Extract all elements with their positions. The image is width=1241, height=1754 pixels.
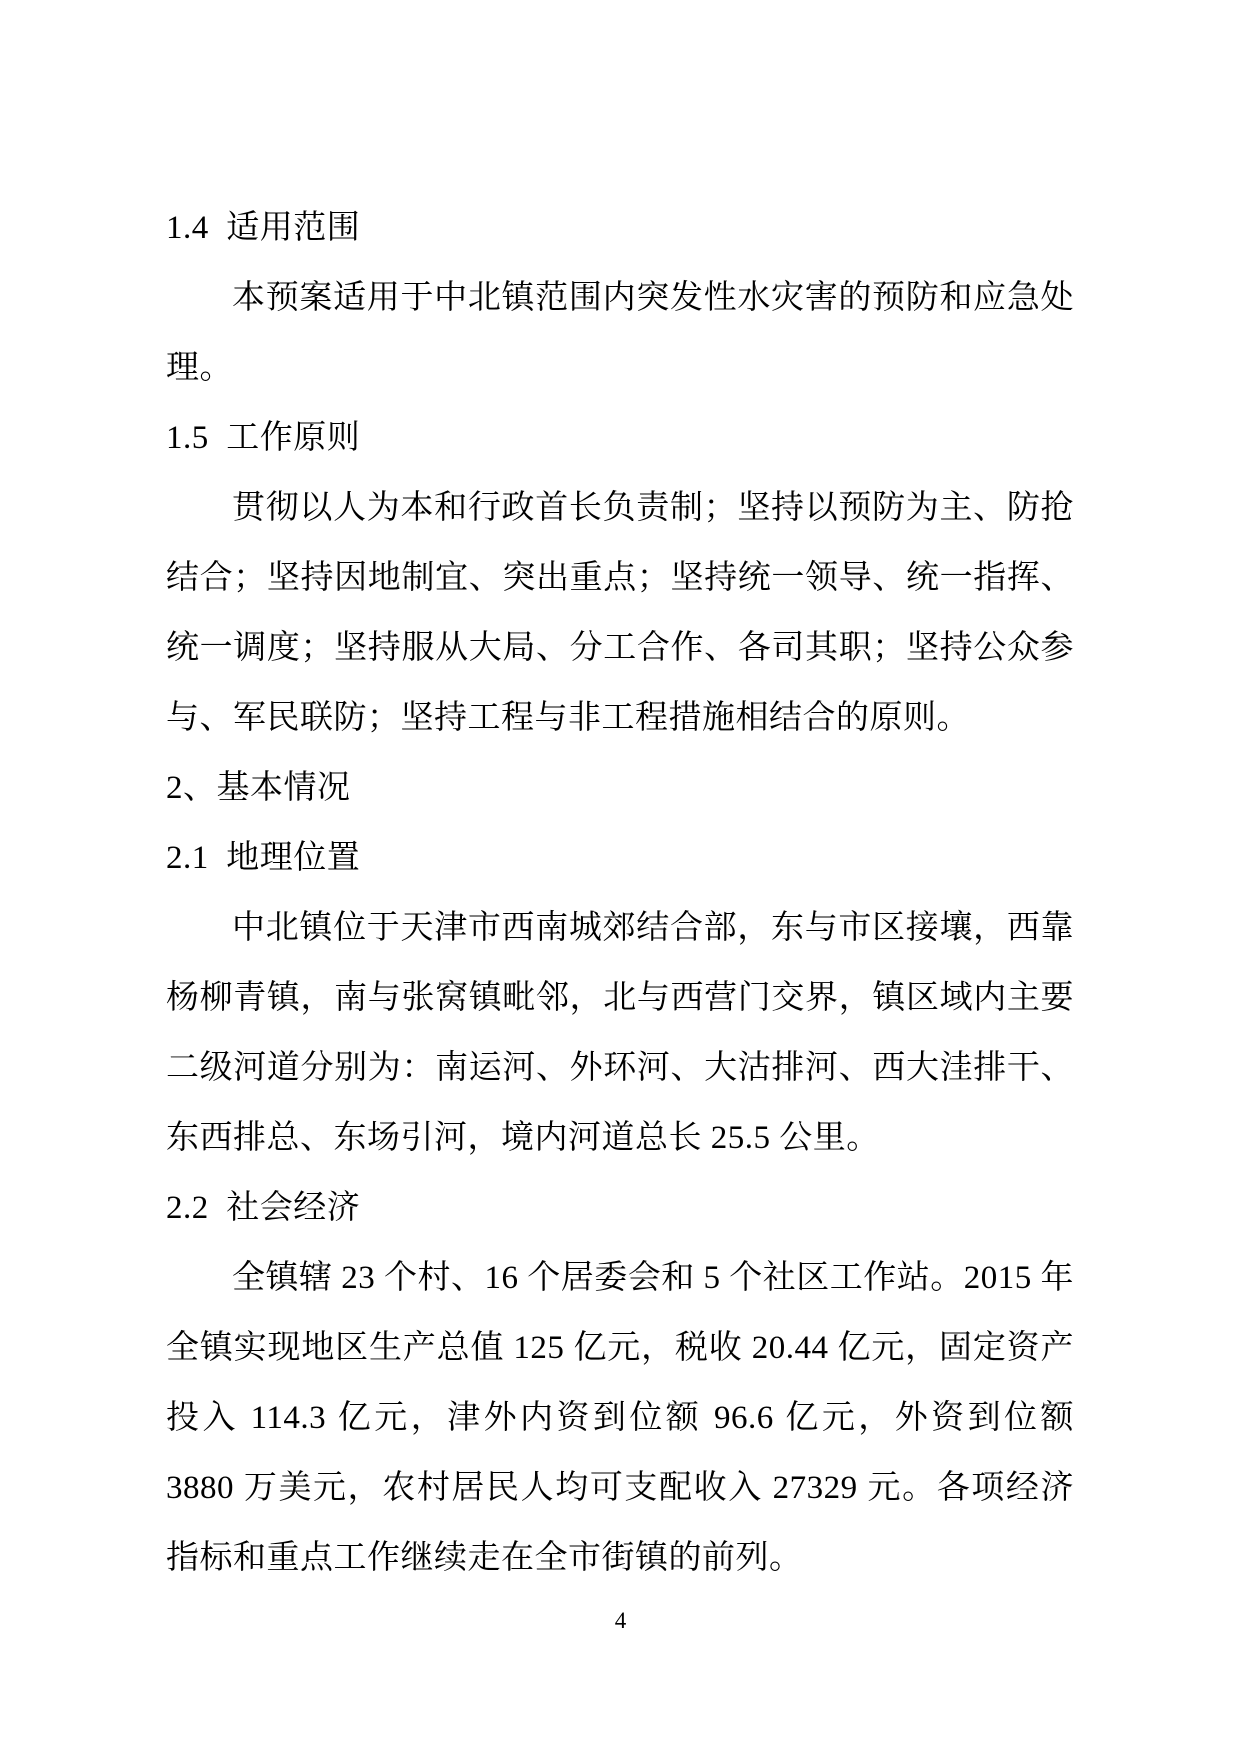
paragraph-location: 中北镇位于天津市西南城郊结合部，东与市区接壤，西靠杨柳青镇，南与张窝镇毗邻，北与… <box>166 893 1074 1173</box>
document-body: 1.4 适用范围 本预案适用于中北镇范围内突发性水灾害的预防和应急处理。 1.5… <box>166 193 1074 1593</box>
paragraph-principles: 贯彻以人为本和行政首长负责制；坚持以预防为主、防抢结合；坚持因地制宜、突出重点；… <box>166 473 1074 753</box>
paragraph-scope: 本预案适用于中北镇范围内突发性水灾害的预防和应急处理。 <box>166 263 1074 403</box>
section-heading-2-2: 2.2 社会经济 <box>166 1173 1074 1243</box>
section-heading-1-5: 1.5 工作原则 <box>166 403 1074 473</box>
paragraph-economy: 全镇辖 23 个村、16 个居委会和 5 个社区工作站。2015 年全镇实现地区… <box>166 1243 1074 1593</box>
section-heading-2-1: 2.1 地理位置 <box>166 823 1074 893</box>
document-page: 1.4 适用范围 本预案适用于中北镇范围内突发性水灾害的预防和应急处理。 1.5… <box>0 0 1241 1754</box>
section-heading-1-4: 1.4 适用范围 <box>166 193 1074 263</box>
page-number: 4 <box>0 1607 1241 1635</box>
chapter-heading-2: 2、基本情况 <box>166 753 1074 823</box>
